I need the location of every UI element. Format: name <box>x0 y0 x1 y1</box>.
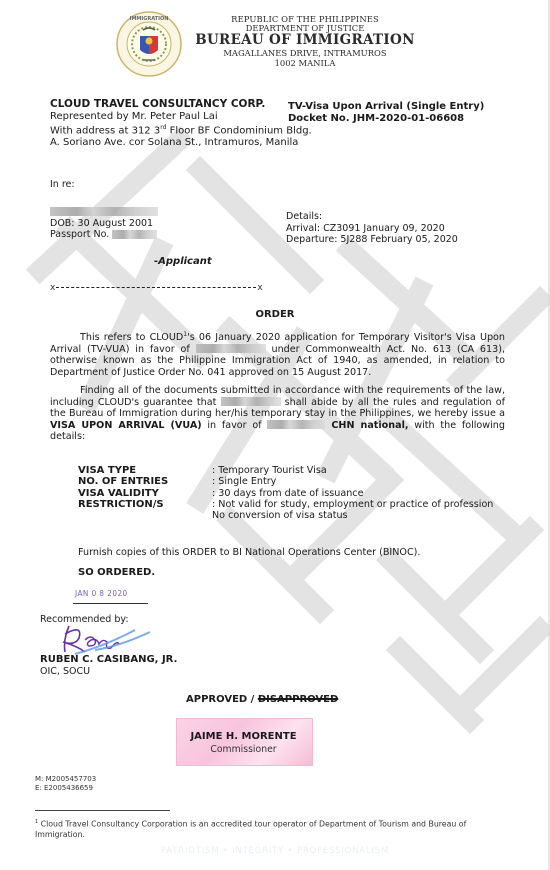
applicant-passport: Passport No. <box>50 229 158 241</box>
separator-line: xx <box>50 283 265 293</box>
order-paragraph-1: This refers to CLOUD1's 06 January 2020 … <box>50 329 505 379</box>
applicant-name-redacted <box>50 206 158 218</box>
details-heading: Details: <box>286 211 458 223</box>
reference-codes: M: M2005457703 E: E2005436659 <box>35 775 96 793</box>
departure-detail: Departure: 5J288 February 05, 2020 <box>286 234 458 246</box>
passport-label: Passport No. <box>50 229 112 240</box>
footnote: 1 Cloud Travel Consultancy Corporation i… <box>35 817 475 841</box>
visa-type-heading: TV-Visa Upon Arrival (Single Entry) <box>288 101 484 113</box>
visa-detail-value: : Not valid for study, employment or pra… <box>212 499 512 510</box>
docket-number: Docket No. JHM-2020-01-06608 <box>288 113 484 125</box>
visa-detail-value: No conversion of visa status <box>212 510 512 521</box>
date-underline <box>73 603 148 604</box>
visa-detail-label: VISA VALIDITY <box>78 488 208 499</box>
code-e: E: E2005436659 <box>35 784 96 793</box>
visa-detail-value: : Single Entry <box>212 476 512 487</box>
letterhead: REPUBLIC OF THE PHILIPPINES DEPARTMENT O… <box>190 14 420 68</box>
letterhead-address: MAGALLANES DRIVE, INTRAMUROS <box>190 48 420 58</box>
p2-text-c: in favor of <box>202 420 268 431</box>
p1-text-a: This refers to CLOUD <box>80 332 183 343</box>
address-suffix: Floor BF Condominium Bldg. <box>166 125 311 136</box>
in-re-label: In re: <box>50 179 75 190</box>
visa-detail-row: No conversion of visa status <box>78 510 518 521</box>
passport-redacted <box>112 230 157 239</box>
visa-detail-value: : Temporary Tourist Visa <box>212 465 512 476</box>
so-ordered: SO ORDERED. <box>78 567 155 578</box>
name-redacted <box>221 397 281 406</box>
bureau-seal-icon: IMMIGRATION <box>115 10 183 78</box>
footnote-divider <box>35 810 170 811</box>
address-prefix: With address at 312 3 <box>50 125 160 136</box>
approved-label: APPROVED / <box>186 694 258 705</box>
docket-block: TV-Visa Upon Arrival (Single Entry) Dock… <box>288 101 484 125</box>
applicant-dob: DOB: 30 August 2001 <box>50 218 158 230</box>
visa-detail-value: : 30 days from date of issuance <box>212 488 512 499</box>
visa-detail-label: NO. OF ENTRIES <box>78 476 208 487</box>
commissioner-stamp <box>176 718 313 766</box>
visa-detail-row: RESTRICTION/S: Not valid for study, empl… <box>78 499 518 510</box>
commissioner-title: Commissioner <box>176 744 311 755</box>
visa-detail-row: VISA VALIDITY: 30 days from date of issu… <box>78 488 518 499</box>
furnish-instruction: Furnish copies of this ORDER to BI Natio… <box>78 547 420 558</box>
visa-detail-label: RESTRICTION/S <box>78 499 208 510</box>
visa-detail-row: VISA TYPE: Temporary Tourist Visa <box>78 465 518 476</box>
order-paragraph-2: Finding all of the documents submitted i… <box>50 385 505 443</box>
recommender-name: RUBEN C. CASIBANG, JR. <box>40 654 177 665</box>
company-block: CLOUD TRAVEL CONSULTANCY CORP. Represent… <box>50 99 312 148</box>
code-m: M: M2005457703 <box>35 775 96 784</box>
recommender-title: OIC, SOCU <box>40 666 90 677</box>
approval-status: APPROVED / DISAPPROVED <box>186 694 338 705</box>
company-representative: Represented by Mr. Peter Paul Lai <box>50 111 312 123</box>
applicant-block: DOB: 30 August 2001 Passport No. <box>50 206 158 241</box>
arrival-detail: Arrival: CZ3091 January 09, 2020 <box>286 223 458 235</box>
letterhead-city: 1002 MANILA <box>190 58 420 68</box>
separator-x-right: x <box>257 283 262 293</box>
visa-detail-label: VISA TYPE <box>78 465 208 476</box>
disapproved-label-struck: DISAPPROVED <box>258 694 338 705</box>
footnote-text: Cloud Travel Consultancy Corporation is … <box>35 820 466 840</box>
name-redacted <box>196 344 266 353</box>
svg-text:IMMIGRATION: IMMIGRATION <box>130 16 169 22</box>
name-redacted <box>267 420 325 429</box>
applicant-role-label: -Applicant <box>154 256 212 267</box>
company-name: CLOUD TRAVEL CONSULTANCY CORP. <box>50 99 312 111</box>
date-stamp: JAN 0 8 2020 <box>75 589 128 598</box>
visa-detail-row: NO. OF ENTRIES: Single Entry <box>78 476 518 487</box>
p2-visa-upon-arrival: VISA UPON ARRIVAL (VUA) <box>50 420 202 431</box>
company-address-line2: A. Soriano Ave. cor Solana St., Intramur… <box>50 137 312 149</box>
p2-nationality: CHN national, <box>325 420 408 431</box>
motto-footer: PATRIOTISM • INTEGRITY • PROFESSIONALISM <box>0 846 550 856</box>
travel-details: Details: Arrival: CZ3091 January 09, 202… <box>286 211 458 246</box>
document-page: IMMIGRATION REPUBLIC OF THE PHILIPPINES … <box>0 0 550 870</box>
letterhead-agency: BUREAU OF IMMIGRATION <box>190 33 420 48</box>
separator-x-left: x <box>50 283 55 293</box>
commissioner-name: JAIME H. MORENTE <box>176 731 311 742</box>
order-title: ORDER <box>0 309 550 320</box>
company-address-line1: With address at 312 3rd Floor BF Condomi… <box>50 122 312 137</box>
